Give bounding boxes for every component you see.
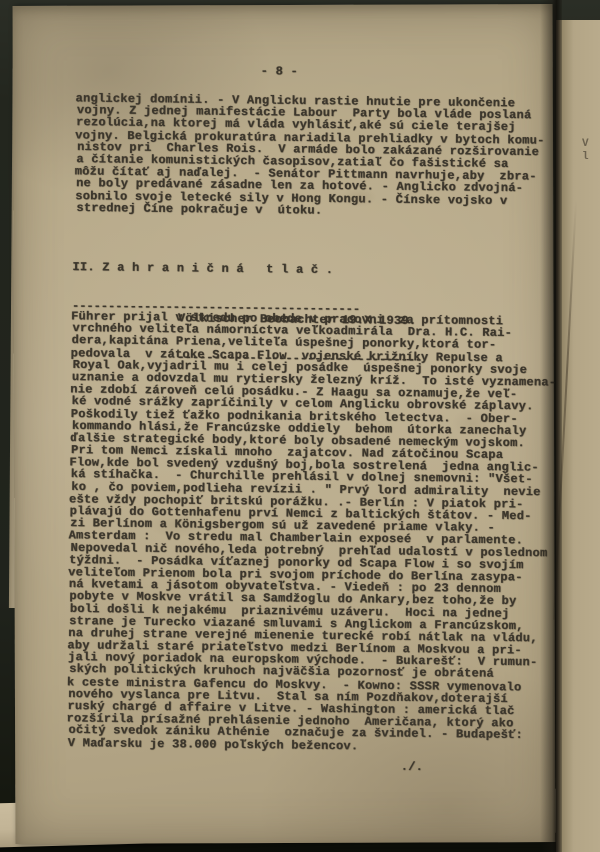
page-crease [553,200,577,620]
scan-background: { "colors":{"paper":"#b6a888","ink":"#3b… [0,0,600,852]
scanned-document: - 8 - anglickej domínii. - V Anglicku ra… [0,0,600,852]
typewritten-content: - 8 - anglickej domínii. - V Anglicku ra… [4,5,553,849]
document-page: - 8 - anglickej domínii. - V Anglicku ra… [13,4,556,844]
article-body: Führer prijal v stredu po obede v pracov… [67,310,556,754]
page-number: - 8 - [261,64,298,78]
intro-paragraph: anglickej domínii. - V Anglicku rastie h… [75,92,546,219]
continuation-mark: ./. [401,760,424,774]
section-heading-text: II. Z a h r a n i č n á t l a č . [72,260,360,277]
adjacent-page-text-fragment: V l [582,138,589,164]
adjacent-page: V l [556,20,600,852]
